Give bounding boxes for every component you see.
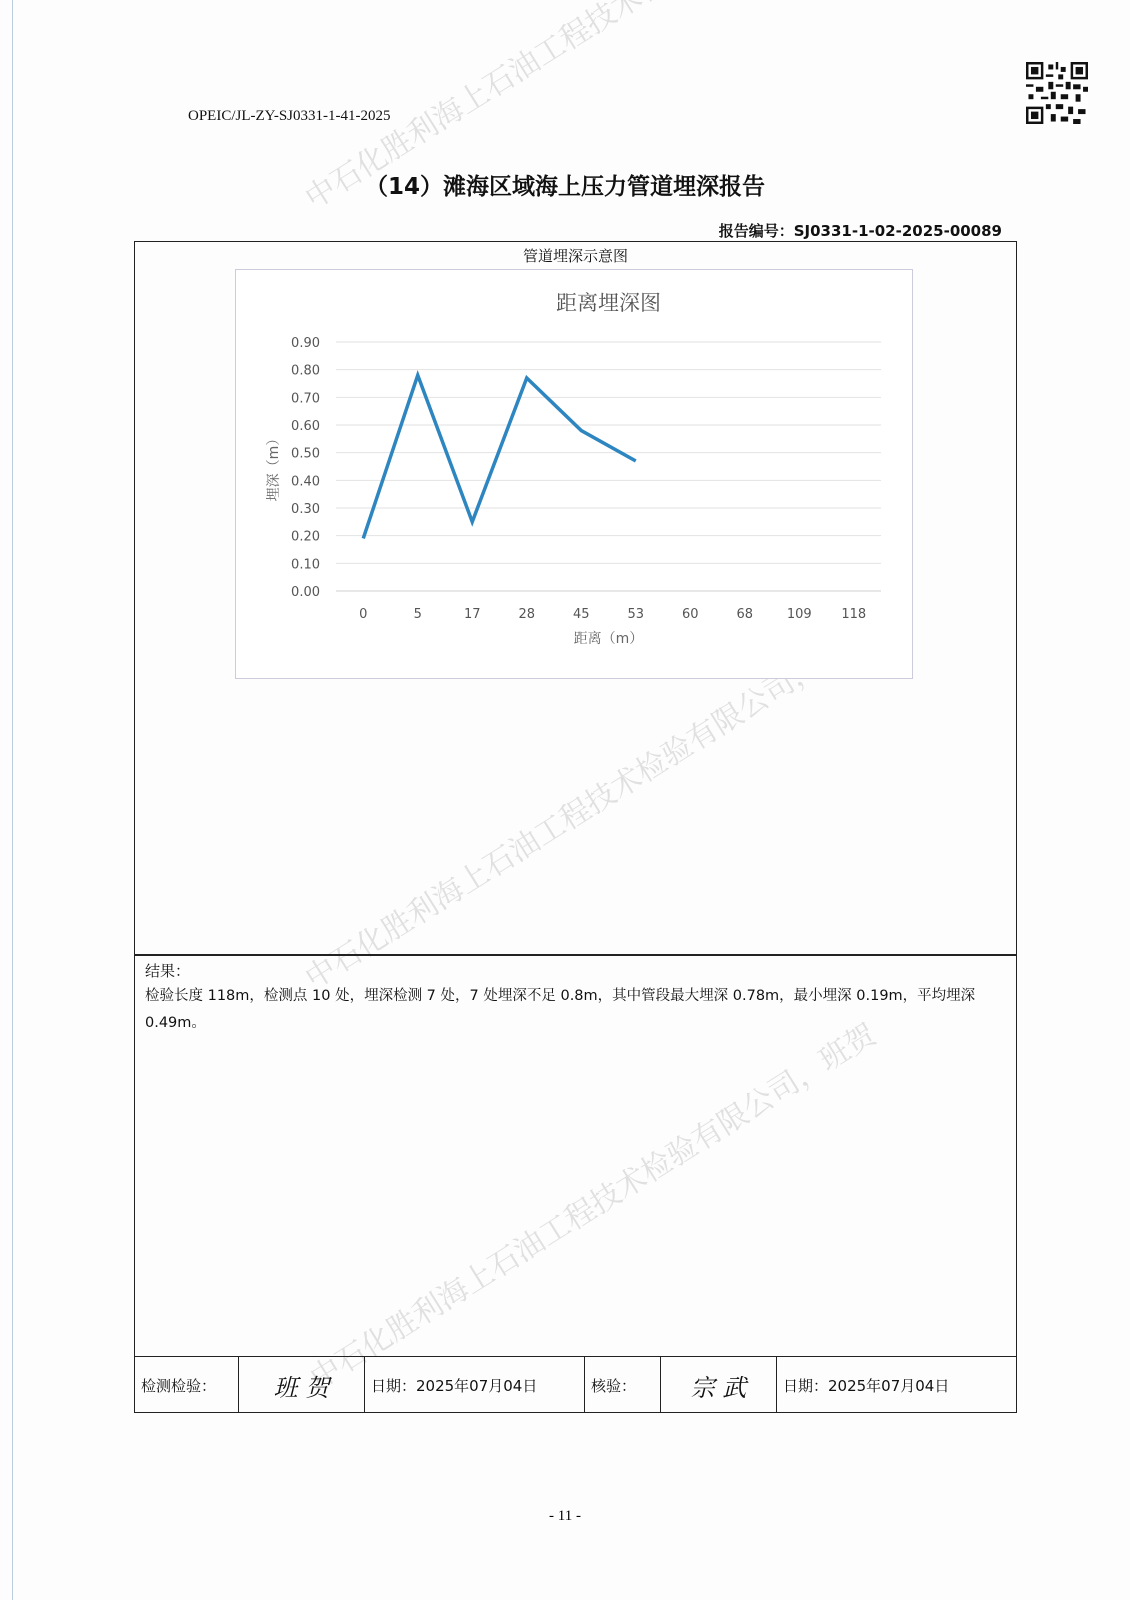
svg-text:53: 53 xyxy=(627,607,644,622)
divider xyxy=(135,954,1016,956)
inspector-date: 日期：2025年07月04日 xyxy=(365,1357,585,1413)
signature-row: 检测检验： 班 贺 日期：2025年07月04日 核验： 宗 武 日期：2025… xyxy=(135,1356,1016,1413)
results-label: 结果： xyxy=(145,960,190,981)
report-title: （14）滩海区域海上压力管道埋深报告 xyxy=(0,168,1130,201)
reviewer-label: 核验： xyxy=(585,1357,661,1413)
svg-text:0.50: 0.50 xyxy=(291,447,320,462)
chart-caption: 管道埋深示意图 xyxy=(135,245,1016,266)
svg-text:0.40: 0.40 xyxy=(291,474,320,489)
depth-chart: 距离埋深图0.000.100.200.300.400.500.600.700.8… xyxy=(235,269,913,679)
svg-text:0.10: 0.10 xyxy=(291,557,320,572)
qr-code-icon xyxy=(1026,62,1088,124)
svg-text:28: 28 xyxy=(518,607,535,622)
document-page: 中石化胜利海上石油工程技术检验有限公司，班贺 中石化胜利海上石油工程技术检验有限… xyxy=(0,0,1130,1600)
svg-text:0.90: 0.90 xyxy=(291,336,320,351)
svg-text:118: 118 xyxy=(841,607,866,622)
reviewer-date: 日期：2025年07月04日 xyxy=(777,1357,1016,1413)
svg-text:0.20: 0.20 xyxy=(291,530,320,545)
svg-text:17: 17 xyxy=(464,607,481,622)
page-number: - 11 - xyxy=(0,1508,1130,1525)
document-number: OPEIC/JL-ZY-SJ0331-1-41-2025 xyxy=(188,108,391,125)
svg-text:60: 60 xyxy=(682,607,699,622)
chart-canvas: 距离埋深图0.000.100.200.300.400.500.600.700.8… xyxy=(236,270,912,678)
svg-text:0.30: 0.30 xyxy=(291,502,320,517)
results-text: 检验长度 118m，检测点 10 处，埋深检测 7 处，7 处埋深不足 0.8m… xyxy=(145,983,1005,1037)
report-number: 报告编号：SJ0331-1-02-2025-00089 xyxy=(719,220,1002,241)
svg-text:0.00: 0.00 xyxy=(291,585,320,600)
svg-text:距离埋深图: 距离埋深图 xyxy=(556,291,661,315)
svg-text:0.70: 0.70 xyxy=(291,391,320,406)
report-table: 管道埋深示意图 距离埋深图0.000.100.200.300.400.500.6… xyxy=(134,241,1017,1413)
svg-text:109: 109 xyxy=(787,607,812,622)
svg-text:0: 0 xyxy=(359,607,367,622)
reviewer-signature: 宗 武 xyxy=(661,1357,777,1413)
page-edge xyxy=(12,0,13,1600)
svg-text:45: 45 xyxy=(573,607,590,622)
inspector-label: 检测检验： xyxy=(135,1357,239,1413)
svg-text:埋深（m）: 埋深（m） xyxy=(266,432,282,502)
svg-text:68: 68 xyxy=(736,607,753,622)
inspector-signature: 班 贺 xyxy=(239,1357,365,1413)
svg-text:5: 5 xyxy=(414,607,422,622)
svg-text:0.80: 0.80 xyxy=(291,364,320,379)
svg-text:距离（m）: 距离（m） xyxy=(574,631,644,647)
svg-text:0.60: 0.60 xyxy=(291,419,320,434)
